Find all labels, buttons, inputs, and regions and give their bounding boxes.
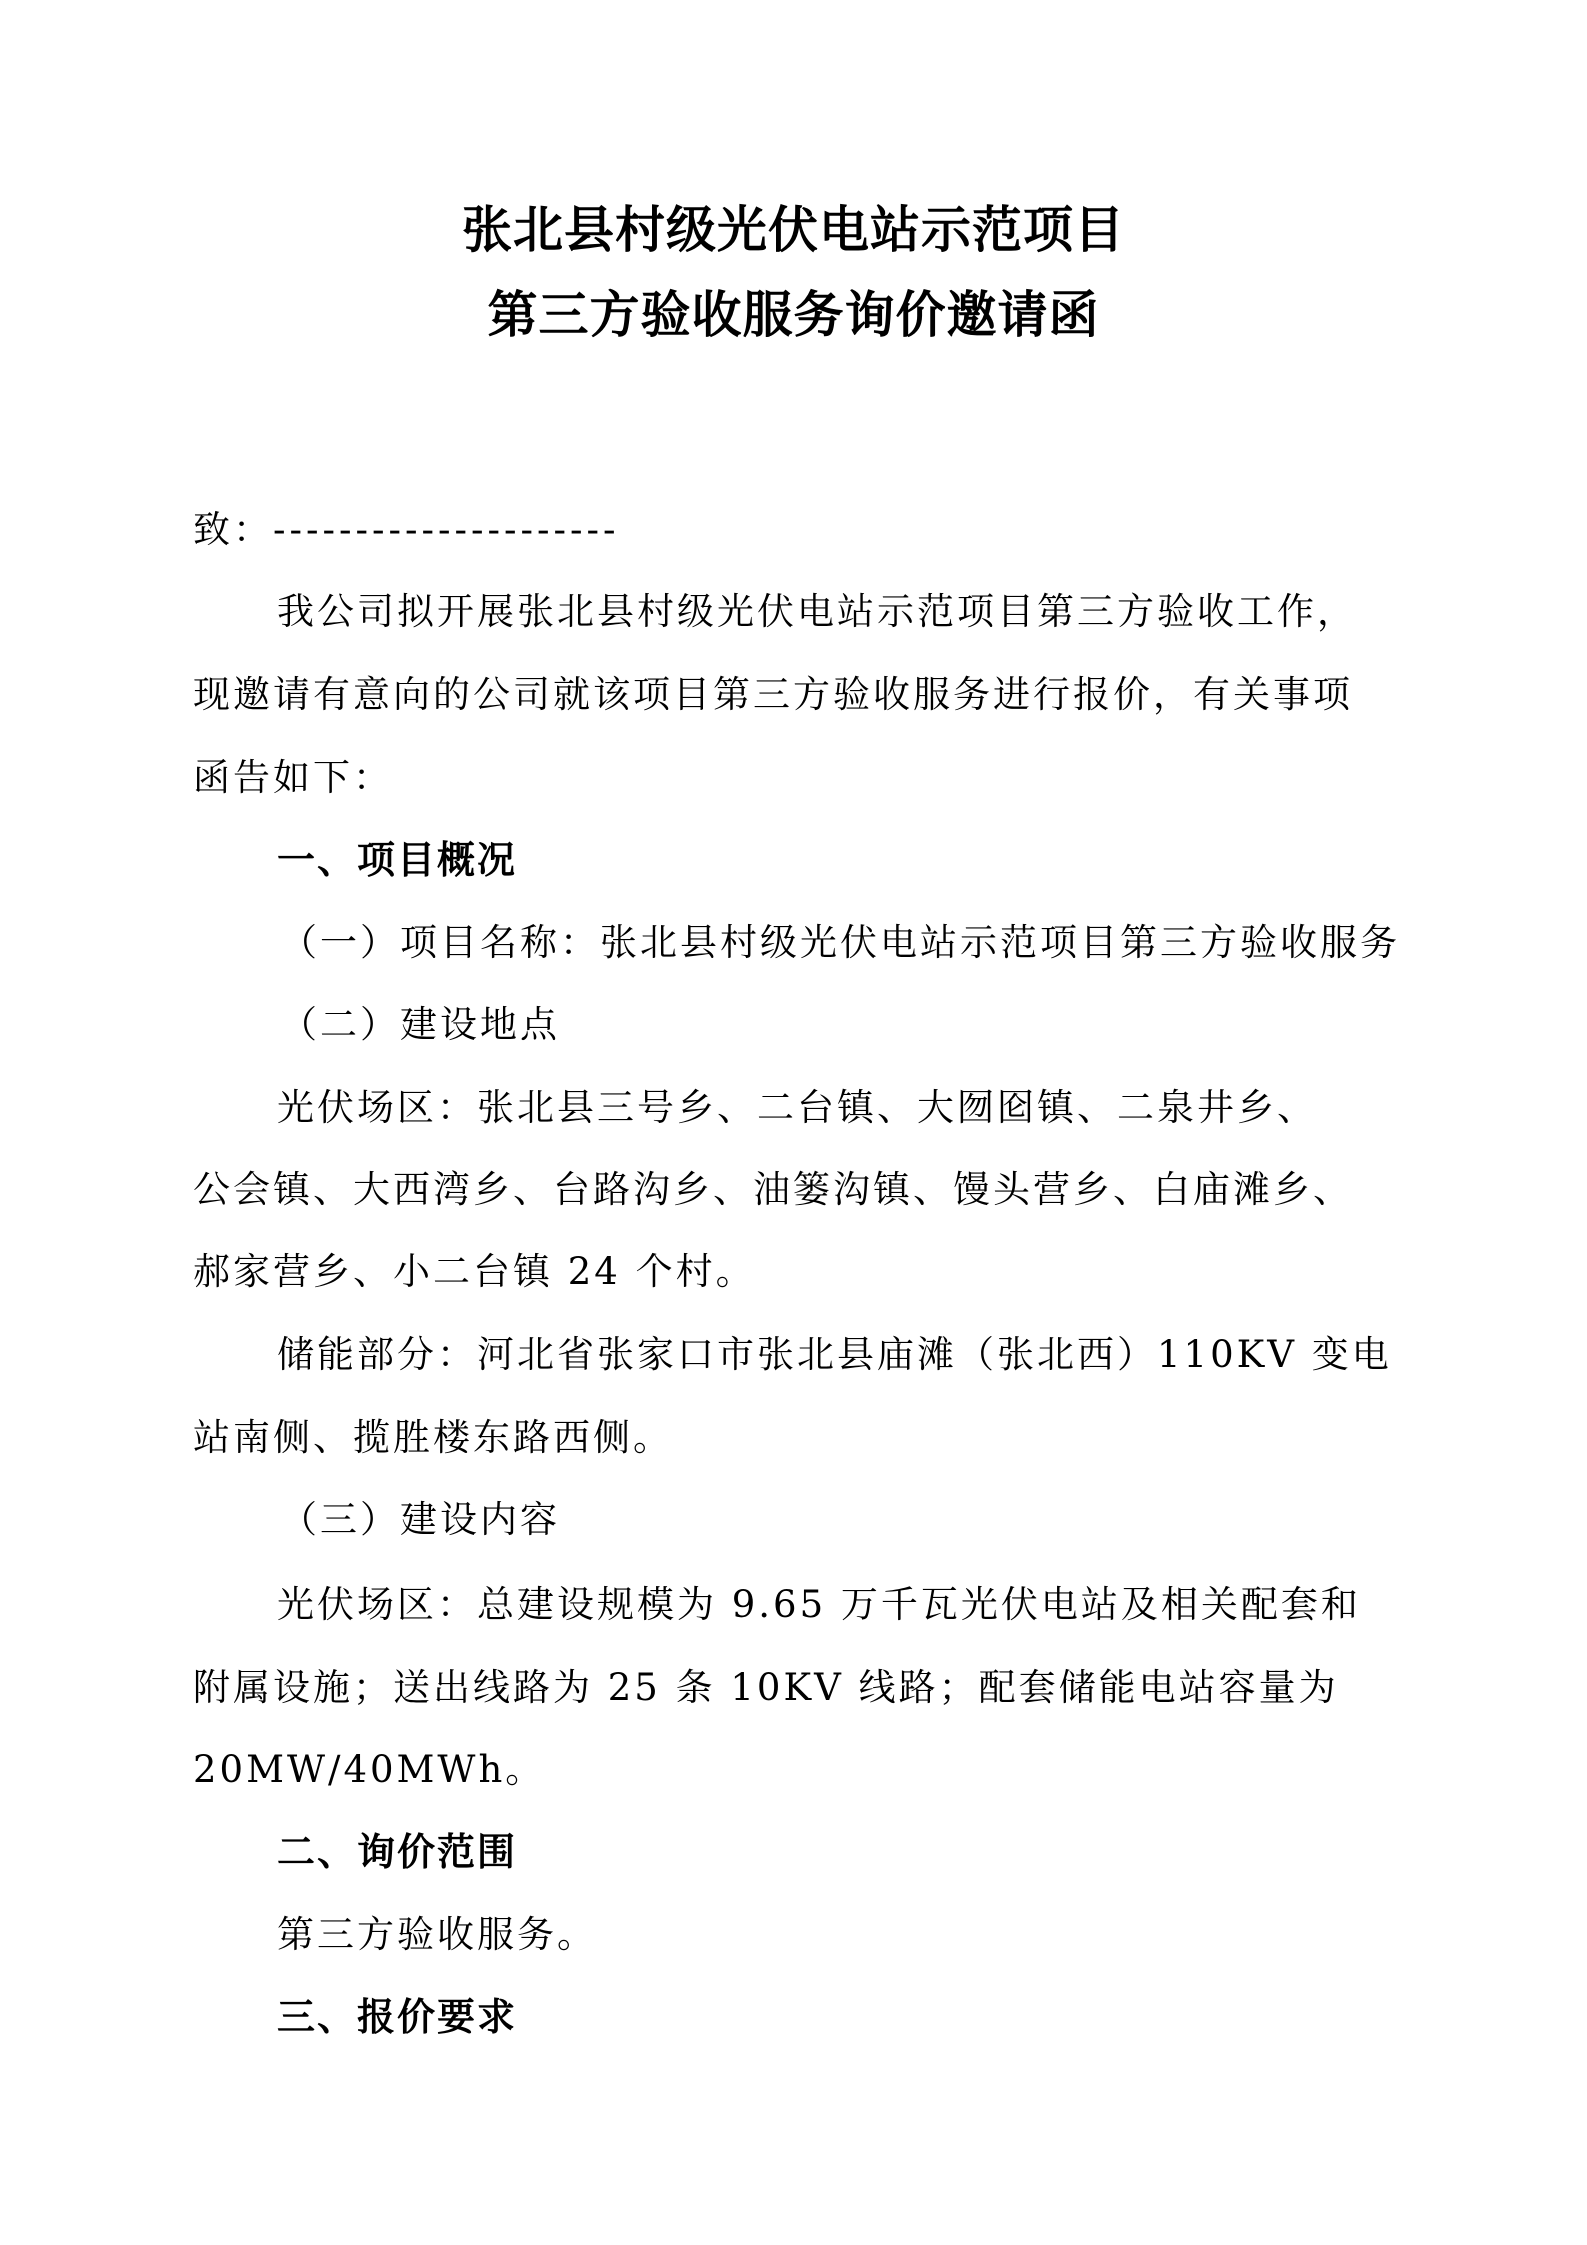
intro-line-3: 函告如下： [193,753,393,803]
content-line-3: 20MW/40MWh。 [193,1745,545,1795]
recipient-label: 致： [193,508,273,551]
project-name-item: （一）项目名称：张北县村级光伏电站示范项目第三方验收服务 [280,918,1400,968]
pv-area-line-2: 公会镇、大西湾乡、台路沟乡、油篓沟镇、馒头营乡、白庙滩乡、 [193,1165,1353,1215]
document-page: 张北县村级光伏电站示范项目 第三方验收服务询价邀请函 致：-----------… [0,0,1587,2245]
section-2-body: 第三方验收服务。 [277,1910,597,1960]
document-title-line-2: 第三方验收服务询价邀请函 [0,285,1587,345]
section-1-heading: 一、项目概况 [277,835,517,885]
storage-line-1: 储能部分：河北省张家口市张北县庙滩（张北西）110KV 变电 [277,1330,1392,1380]
section-3-heading: 三、报价要求 [277,1992,517,2042]
storage-line-2: 站南侧、揽胜楼东路西侧。 [193,1413,673,1463]
intro-line-1: 我公司拟开展张北县村级光伏电站示范项目第三方验收工作， [277,587,1357,637]
pv-area-line-3: 郝家营乡、小二台镇 24 个村。 [193,1247,756,1297]
recipient-line: 致：--------------------- [193,505,620,555]
section-2-heading: 二、询价范围 [277,1827,517,1877]
content-line-2: 附属设施；送出线路为 25 条 10KV 线路；配套储能电站容量为 [193,1663,1339,1713]
intro-line-2: 现邀请有意向的公司就该项目第三方验收服务进行报价，有关事项 [193,670,1353,720]
construction-location-heading: （二）建设地点 [280,1000,560,1050]
document-title-line-1: 张北县村级光伏电站示范项目 [0,200,1587,260]
pv-area-line-1: 光伏场区：张北县三号乡、二台镇、大囫囵镇、二泉井乡、 [277,1083,1317,1133]
content-line-1: 光伏场区：总建设规模为 9.65 万千瓦光伏电站及相关配套和 [277,1580,1361,1630]
construction-content-heading: （三）建设内容 [280,1495,560,1545]
recipient-blank: --------------------- [273,505,620,555]
